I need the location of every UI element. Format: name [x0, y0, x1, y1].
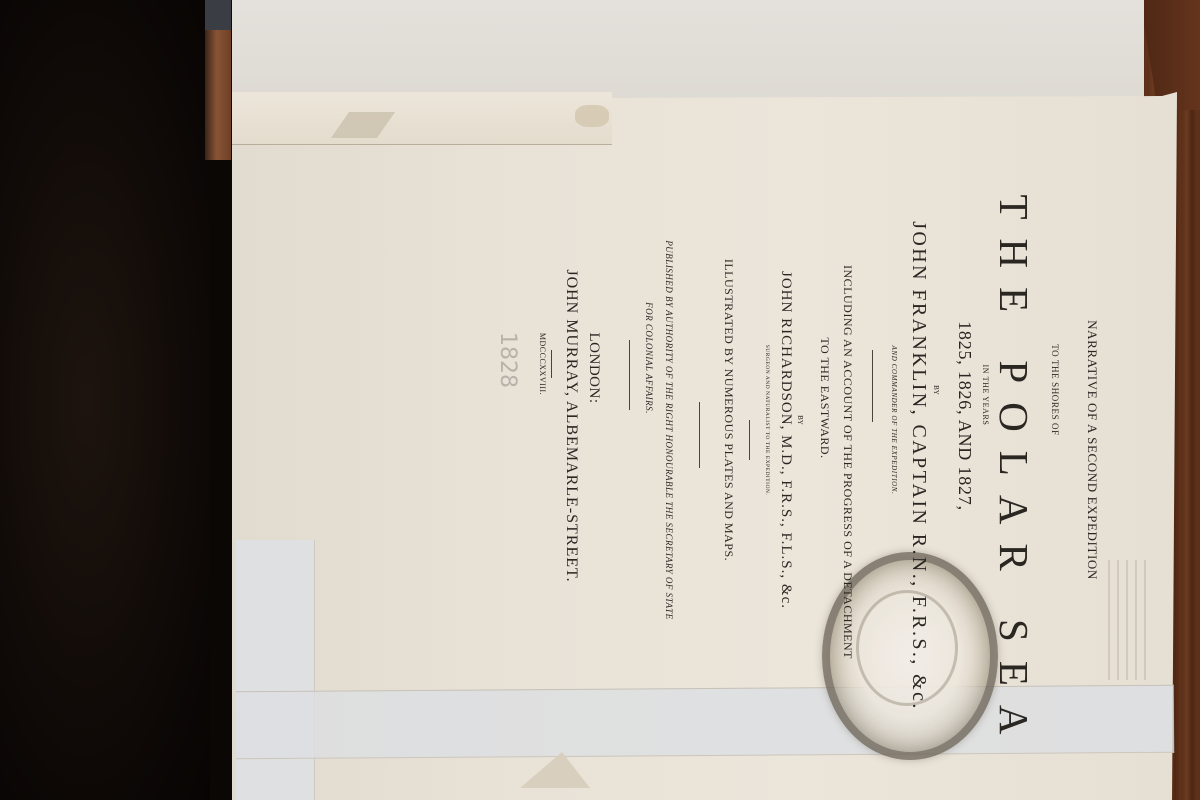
- imprint-publisher: JOHN MURRAY, ALBEMARLE-STREET.: [562, 116, 580, 736]
- expedition-years: 1825, 1826, AND 1827,: [954, 106, 975, 726]
- eastward-line: TO THE EASTWARD.: [817, 88, 832, 708]
- divider-rule: [872, 350, 873, 422]
- torn-paper-strip: [232, 92, 612, 145]
- facing-sheet: [232, 0, 1144, 102]
- divider-rule: [629, 340, 630, 410]
- years-label: IN THE YEARS: [981, 85, 990, 705]
- title-page-text: NARRATIVE OF A SECOND EXPEDITION TO THE …: [240, 140, 1100, 760]
- subtitle-line-1: NARRATIVE OF A SECOND EXPEDITION: [1084, 140, 1100, 760]
- imprint-city: LONDON:: [585, 58, 602, 678]
- coauthor-role: SURGEON AND NATURALIST TO THE EXPEDITION…: [764, 110, 770, 730]
- spine-shadow: [210, 160, 232, 800]
- coauthor-name: JOHN RICHARDSON, M.D., F.R.S., F.L.S., &…: [777, 130, 794, 750]
- by-label: BY: [932, 80, 940, 700]
- colonial-affairs-line: FOR COLONIAL AFFAIRS.: [644, 48, 654, 668]
- author-name: JOHN FRANKLIN, CAPTAIN R.N., F.R.S., &c.: [907, 156, 930, 776]
- author-role: AND COMMANDER OF THE EXPEDITION.: [890, 110, 898, 730]
- divider-rule: [551, 350, 552, 378]
- show-through-text: [1108, 560, 1148, 680]
- authority-line: PUBLISHED BY AUTHORITY OF THE RIGHT HONO…: [664, 120, 674, 740]
- book-title: THE POLAR SEA: [990, 164, 1038, 784]
- dark-background: [0, 0, 215, 800]
- divider-rule: [749, 420, 750, 460]
- by-label: BY: [796, 110, 804, 730]
- book-photo: NARRATIVE OF A SECOND EXPEDITION TO THE …: [0, 0, 1200, 800]
- including-line: INCLUDING AN ACCOUNT OF THE PROGRESS OF …: [840, 152, 855, 772]
- imprint-year: MDCCCXXVIII.: [538, 54, 547, 674]
- divider-rule: [699, 402, 700, 468]
- book-spine-edge: [205, 0, 231, 160]
- illustrated-line: ILLUSTRATED BY NUMEROUS PLATES AND MAPS.: [721, 100, 736, 720]
- subtitle-line-2: TO THE SHORES OF: [1050, 80, 1060, 700]
- pencil-annotation: 1828: [495, 50, 520, 670]
- spine-cap: [205, 0, 231, 30]
